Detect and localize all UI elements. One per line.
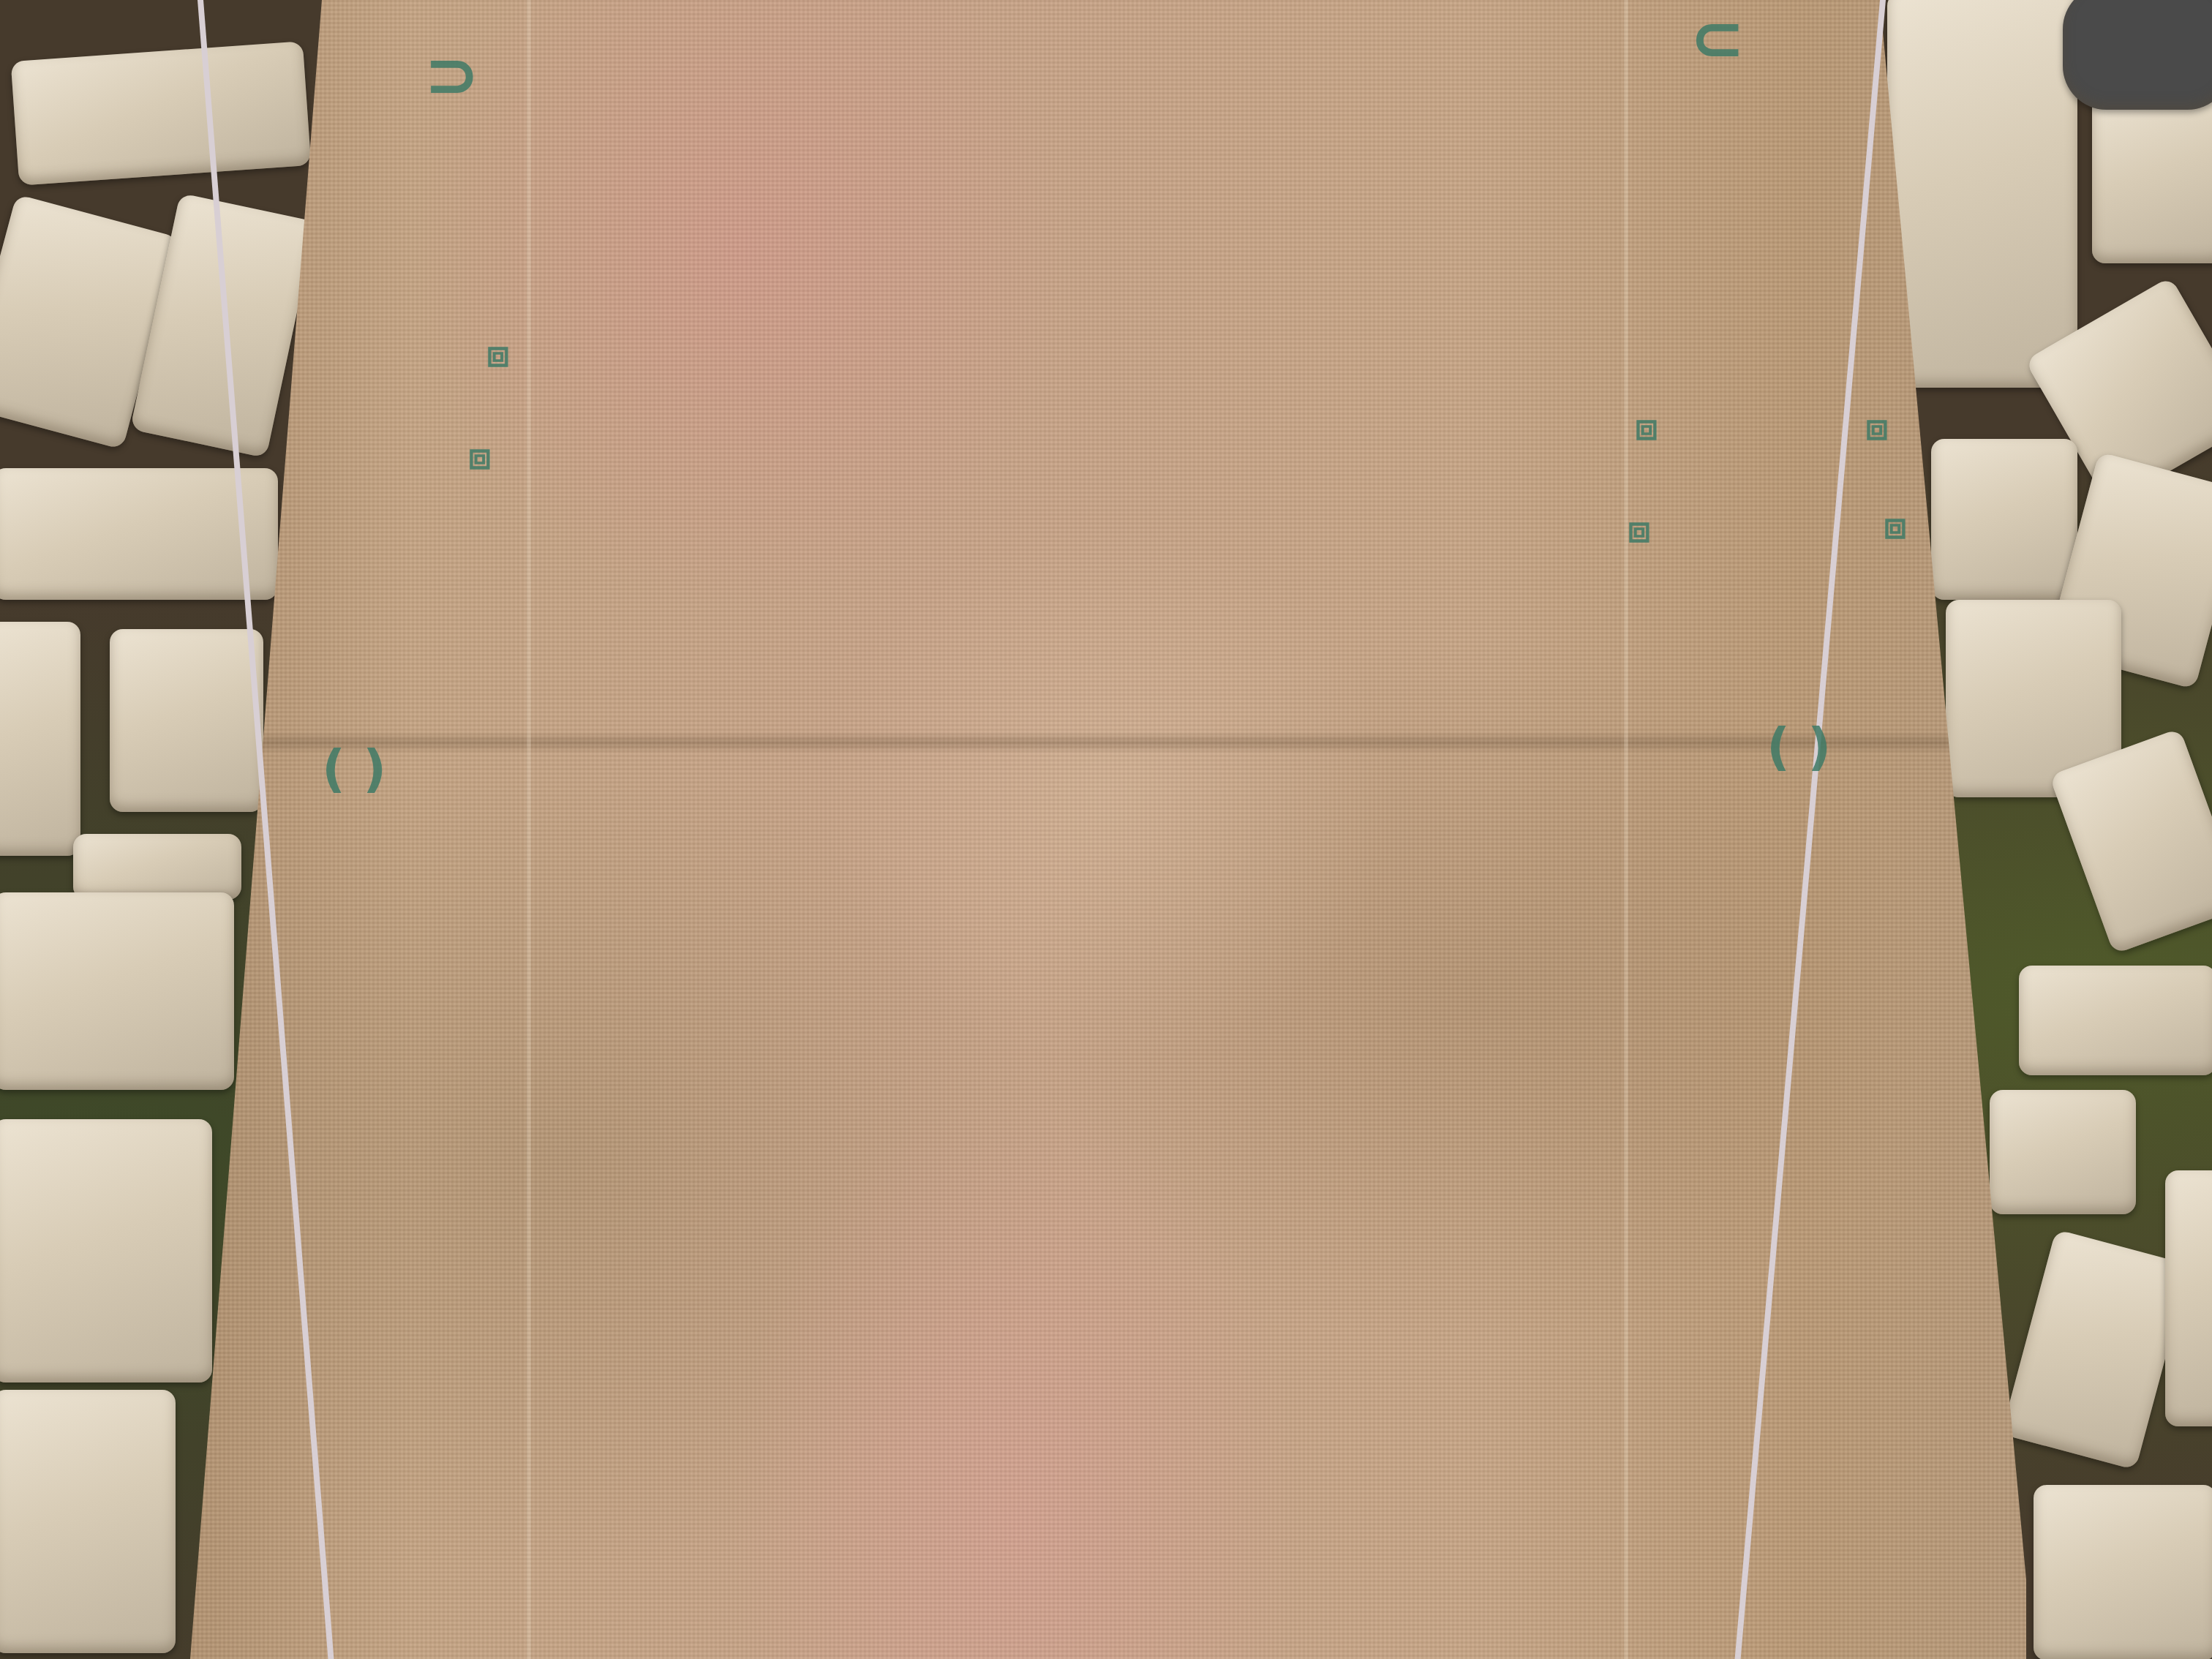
dark-rock — [2063, 0, 2212, 110]
stone — [1887, 0, 2077, 388]
stone — [110, 629, 263, 812]
square-motif: ⧈ — [1628, 508, 1651, 552]
rug-fold — [190, 731, 2026, 753]
stone — [2165, 1170, 2212, 1426]
stone — [2092, 95, 2212, 263]
bracket-motif: ⊃ — [1690, 0, 1745, 77]
square-motif: ⧈ — [1635, 406, 1658, 449]
rug-inner-border-left — [527, 0, 531, 1659]
square-motif: ⧈ — [1865, 406, 1889, 449]
stone — [2034, 1485, 2212, 1659]
pair-motif: ( ) — [1767, 717, 1831, 777]
square-motif: ⧈ — [1884, 505, 1907, 548]
square-motif: ⧈ — [486, 333, 510, 376]
stone — [11, 41, 312, 185]
stone — [0, 892, 234, 1090]
stone — [73, 834, 241, 900]
rug-inner-border-right — [1624, 0, 1628, 1659]
stone — [1990, 1090, 2136, 1214]
stone — [1931, 439, 2077, 600]
bracket-motif: ⊃ — [424, 37, 479, 113]
stone — [0, 1119, 212, 1382]
square-motif: ⧈ — [468, 435, 492, 478]
rug — [190, 0, 2026, 1659]
stone — [0, 1390, 176, 1653]
stone — [2019, 966, 2212, 1075]
stone — [0, 622, 80, 856]
pair-motif: ( ) — [322, 739, 386, 799]
